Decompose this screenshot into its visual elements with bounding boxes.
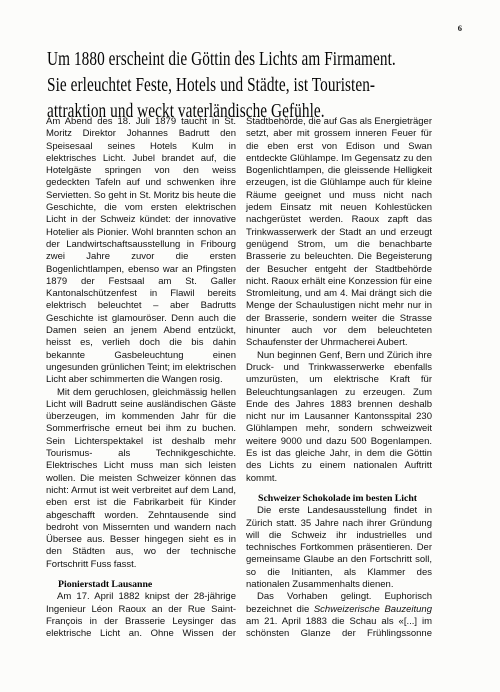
paragraph: Stadtbehörde, die auf Gas als Energieträ… bbox=[246, 116, 432, 350]
paragraph: Mit dem geruchlosen, gleichmässig hellen… bbox=[46, 387, 236, 571]
headline-line: Sie erleuchtet Feste, Hotels und Städte,… bbox=[47, 72, 449, 98]
paragraph: Das Vorhaben gelingt. Euphorisch bezeich… bbox=[246, 591, 432, 640]
paragraph: Die erste Landesausstellung findet in Zü… bbox=[246, 505, 432, 591]
article-headline: Um 1880 erscheint die Göttin des Lichts … bbox=[47, 46, 449, 124]
magazine-page: 6 Um 1880 erscheint die Göttin des Licht… bbox=[0, 0, 500, 692]
page-number: 6 bbox=[448, 23, 462, 33]
paragraph: Am Abend des 18. Juli 1879 taucht in St.… bbox=[46, 116, 236, 387]
headline-line: Um 1880 erscheint die Göttin des Lichts … bbox=[47, 46, 449, 72]
text-column-left: Am Abend des 18. Juli 1879 taucht in St.… bbox=[46, 116, 236, 640]
section-subheading: Schweizer Schokolade im besten Licht bbox=[246, 493, 432, 505]
section-subheading: Pionierstadt Lausanne bbox=[46, 579, 236, 591]
paragraph: Am 17. April 1882 knipst der 28-jährige … bbox=[46, 591, 236, 640]
paragraph: Nun beginnen Genf, Bern und Zürich ihre … bbox=[246, 350, 432, 485]
text-column-right: Stadtbehörde, die auf Gas als Energieträ… bbox=[246, 116, 432, 640]
